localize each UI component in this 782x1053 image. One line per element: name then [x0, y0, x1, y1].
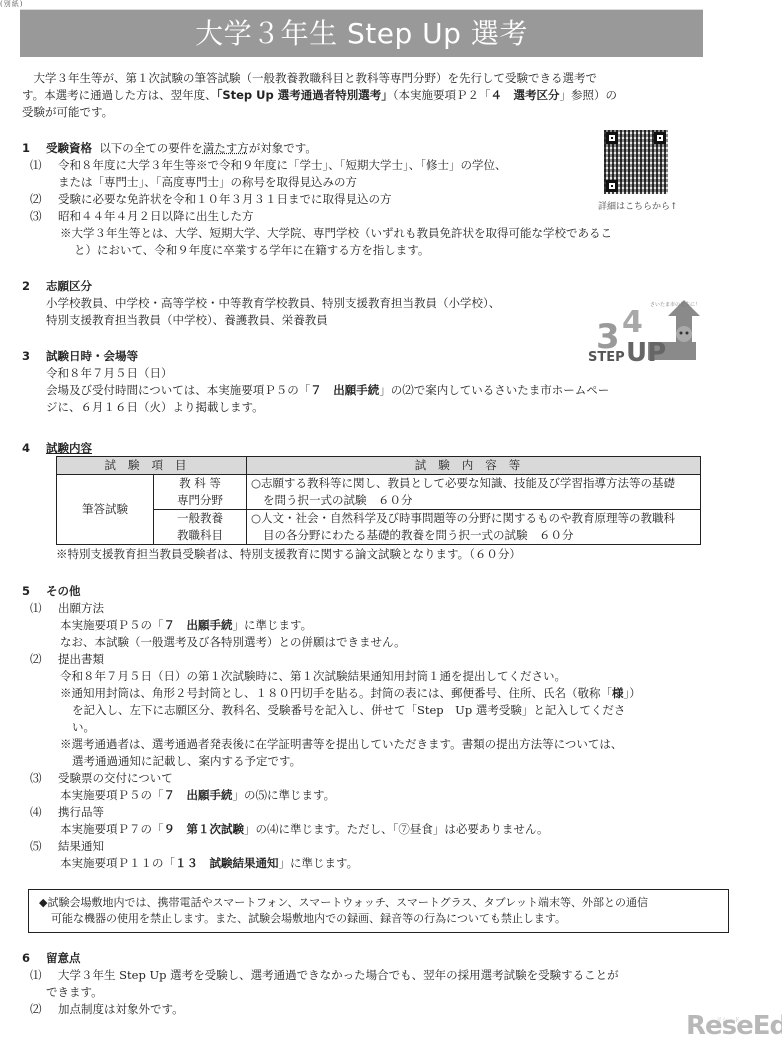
section-exam-date-venue: 3試験日時・会場等 令和８年７月５日（日） 会場及び受付時間については、本実施要… — [22, 348, 702, 416]
section-heading: 2志願区分 — [22, 278, 582, 295]
section-eligibility: 1受験資格 以下の全ての要件を満たす方が対象です。 ⑴令和８年度に大学３年生等※… — [22, 140, 702, 259]
list-item: ⑶ 受験票の交付について 本実施要項Ｐ５の「７ 出願手続」の⑸に準じます。 — [22, 770, 722, 804]
exam-date: 令和８年７月５日（日） — [22, 365, 702, 382]
section-heading: 5その他 — [22, 583, 722, 600]
svg-text:4: 4 — [622, 305, 643, 340]
note: ※大学３年生等とは、大学、短期大学、大学院、専門学校（いずれも教員免許状を取得可… — [22, 225, 702, 242]
list-item: ⑴ 大学３年生 Step Up 選考を受験し、選考通過できなかった場合でも、翌年… — [22, 967, 722, 984]
list-item: ⑸ 結果通知 本実施要項Ｐ１１の「１３ 試験結果通知」に準じます。 — [22, 838, 722, 872]
table-note: ※特別支援教育担当教員受験者は、特別支援教育に関する論文試験となります。（６０分… — [56, 546, 701, 563]
list-item: ⑴ 出願方法 本実施要項Ｐ５の「７ 出願手続」に準じます。 なお、本試験（一般選… — [22, 600, 722, 651]
section-heading: 4試験内容 — [22, 440, 92, 457]
exam-content-table: 試験項目 試験内容等 筆答試験 教 科 等専門分野 ○志願する教科等に関し、教員… — [56, 456, 701, 563]
table-header: 試験内容等 — [247, 457, 701, 475]
section-application-category: 2志願区分 小学校教員、中学校・高等学校・中等教育学校教員、特別支援教育担当教員… — [22, 278, 582, 329]
resed-watermark-logo: リシード ReseEd — [686, 1018, 782, 1035]
corner-mark: (別紙) — [0, 0, 23, 8]
list-item: ⑵加点制度は対象外です。 — [22, 1001, 722, 1018]
list-item: ⑵ 提出書類 令和８年７月５日（日）の第１次試験時に、第１次試験結果通知用封筒１… — [22, 651, 722, 770]
section-heading: 1受験資格 — [22, 141, 92, 155]
section-exam-content-heading: 4試験内容 — [22, 440, 92, 457]
device-prohibition-notice: ◆試験会場敷地内では、携帯電話やスマートフォン、スマートウォッチ、スマートグラス… — [28, 889, 729, 933]
list-item: ⑴令和８年度に大学３年生等※で令和９年度に「学士」、「短期大学士」、「修士」の学… — [22, 157, 702, 191]
intro-paragraph: 大学３年生等が、第１次試験の筆答試験（一般教養教職科目と教科等専門分野）を先行し… — [22, 70, 702, 121]
intro-line-2: す。本選考に通過した方は、翌年度、「Step Up 選考通過者特別選考」（本実施… — [22, 87, 702, 104]
intro-line-3: 受験が可能です。 — [22, 104, 702, 121]
list-item: ⑵受験に必要な免許状を令和１０年３月３１日までに取得見込の方 — [22, 191, 702, 208]
table-row: 一般教養教職科目 ○人文・社会・自然科学及び時事問題等の分野に関するものや教育原… — [57, 510, 701, 545]
intro-line-1: 大学３年生等が、第１次試験の筆答試験（一般教養教職科目と教科等専門分野）を先行し… — [22, 70, 702, 87]
list-item: ⑶昭和４４年４月２日以降に出生した方 — [22, 208, 702, 225]
table-row: 筆答試験 教 科 等専門分野 ○志願する教科等に関し、教員として必要な知識、技能… — [57, 475, 701, 510]
list-item: ⑷ 携行品等 本実施要項Ｐ７の「９ 第１次試験」の⑷に準じます。ただし、「⑦昼食… — [22, 804, 722, 838]
table-header: 試験項目 — [57, 457, 247, 475]
step-up-special-selection-ref: 「Step Up 選考通過者特別選考」 — [217, 88, 393, 102]
page-title: 大学３年生 Step Up 選考 — [20, 10, 703, 57]
svg-text:さいたま市の先生に！: さいたま市の先生に！ — [650, 301, 700, 308]
selection-category-ref: ４ 選考区分 — [490, 88, 559, 102]
section-other: 5その他 ⑴ 出願方法 本実施要項Ｐ５の「７ 出願手続」に準じます。 なお、本試… — [22, 583, 722, 872]
exam-type-cell: 筆答試験 — [57, 475, 154, 545]
note: と）において、令和９年度に卒業する学年に在籍する方を指します。 — [22, 242, 702, 259]
section-heading: 3試験日時・会場等 — [22, 348, 702, 365]
section-heading: 6留意点 — [22, 950, 722, 967]
section-notes: 6留意点 ⑴ 大学３年生 Step Up 選考を受験し、選考通過できなかった場合… — [22, 950, 722, 1018]
